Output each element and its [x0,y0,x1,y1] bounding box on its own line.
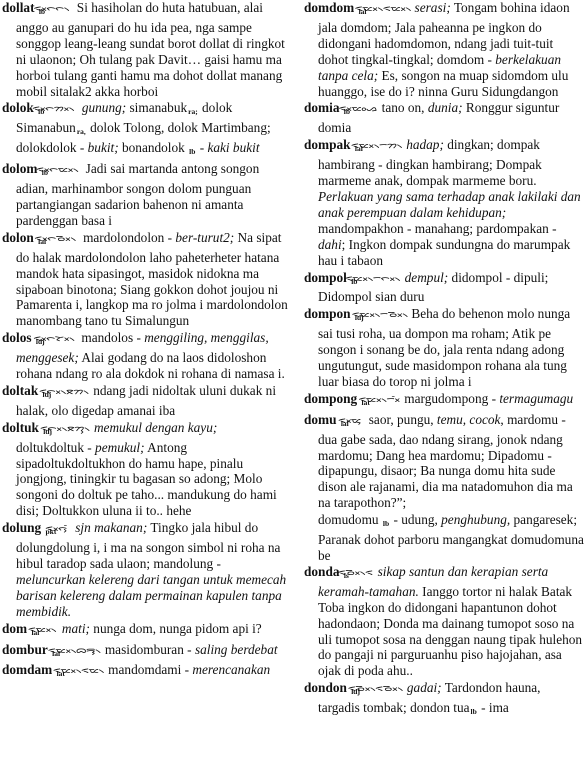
gloss-text: mati; [62,621,90,636]
batak-script: ᯑᯬᯔ᯲ᯇᯬᯉ᯲ [362,308,413,324]
language-tag: ra; [187,107,199,116]
definition-text: mandomdami - [108,662,192,677]
batak-script: ᯑᯬᯞ᯲ᯖᯮᯂ᯲ [51,422,96,438]
definition-text: mardolondolon - [83,230,175,245]
dictionary-entry: dolos ldjᯑᯬᯞᯬᯘ᯲mandolos - menggiling, me… [2,330,288,382]
definition-text: doltukdoltuk - [16,440,95,455]
definition-text: masidomburan - [105,642,195,657]
definition-text: tano on, [382,100,428,115]
batak-script: ᯑᯬᯔ᯲ᯑᯬᯔ᯲ [365,2,417,18]
gloss-text: penghubung, [441,512,510,527]
gloss-text: termagumagu [499,391,573,406]
gloss-text: meluncurkan kelereng dari tangan untuk m… [16,572,286,619]
dictionary-entry: domdom lalᯑᯬᯔ᯲ᯑᯬᯔ᯲serasi; Tongam bohina … [304,0,585,99]
definition-text: ; Ingkon dompak sundungna do marumpak ha… [318,237,570,268]
definition-text: - ima [478,700,509,715]
headword: dolok [2,100,34,115]
headword: doltuk [2,420,39,435]
headword: dompak [304,137,351,152]
dictionary-entry: domia lbᯑᯬᯔᯪᯀtano on, dunia; Ronggur sig… [304,100,585,136]
dictionary-entry: doltuk ldjᯑᯬᯞ᯲ᯖᯮᯂ᯲memukul dengan kayu; d… [2,420,288,519]
gloss-text: dunia; [428,100,463,115]
dictionary-entry: dolon lalᯑᯬᯞᯬᯉ᯲mardolondolon - ber-turut… [2,230,288,329]
dictionary-entry: doltak ldjᯑᯬᯞ᯲ᯖᯂ᯲ndang jadi nidoltak ulu… [2,383,288,419]
dictionary-entry: domdam latᯑᯬᯔ᯲ᯑᯔ᯲mandomdami - merencanak… [2,662,288,682]
language-tag: ra, [76,127,87,136]
dictionary-entry: dollat lbᯑᯬᯞᯞ᯲Si hasiholan do huta hatub… [2,0,288,99]
dictionary-entry: dolok lbᯑᯬᯞᯬᯂ᯲gunung; simanabukra; dolok… [2,100,288,160]
headword: dom [2,621,27,636]
gloss-text: gadai; [407,680,442,695]
definition-text: mandolos - [81,330,144,345]
headword: domu [304,412,337,427]
headword: dolos [2,330,32,345]
batak-script: ᯑᯬᯔ᯲ᯇᯂ᯲ [362,139,409,155]
headword: dondon [304,680,347,695]
batak-script: ᯑᯬᯉ᯲ᯑ [348,566,379,582]
language-tag: lb [382,519,390,528]
batak-script: ᯑᯬᯞᯬᯔ᯲ [47,163,87,179]
headword: donda [304,564,339,579]
definition-text: mandompakhon - manahang; pardompakan - [318,221,557,236]
headword: dompong [304,391,357,406]
definition-text: - [196,140,207,155]
headword: doltak [2,383,38,398]
batak-script: ᯑᯬᯔ᯲ᯑᯔ᯲ [64,664,110,680]
headword: dombur [2,642,48,657]
batak-script: ᯑᯬᯔ᯲ᯇᯬᯞ᯲ [356,272,407,288]
headword: domia [304,100,339,115]
dictionary-entry: dom lalᯑᯬᯔ᯲mati; nunga dom, nunga pidom … [2,621,288,641]
right-column: domdom lalᯑᯬᯔ᯲ᯑᯬᯔ᯲serasi; Tongam bohina … [304,0,585,721]
batak-script: ᯑᯬᯞ᯲ᯖᯂ᯲ [50,385,95,401]
headword: domdam [2,662,52,677]
batak-script: ᯑᯬᯞᯬᯘ᯲ [44,332,83,348]
dictionary-page: dollat lbᯑᯬᯞᯞ᯲Si hasiholan do huta hatub… [0,0,585,768]
gloss-text: temu, cocok [437,412,501,427]
dictionary-entry: domu lalᯑᯬᯔᯮsaor, pungu, temu, cocok, ma… [304,412,585,511]
dictionary-entry: dompong latᯑᯬᯔ᯲ᯇᯬᯰmargudompong - termagu… [304,391,585,411]
dictionary-entry: dompak lalᯑᯬᯔ᯲ᯇᯂ᯲hadap; dingkan; dompak … [304,137,585,268]
batak-script: ᯑᯬᯞᯬᯉ᯲ [45,232,85,248]
gloss-text: ber-turut2; [175,230,234,245]
definition-text: simanabuk [126,100,187,115]
dictionary-entry: dompol lbᯑᯬᯔ᯲ᯇᯬᯞ᯲dempul; didompol - dipu… [304,270,585,306]
gloss-text: pemukul; [95,440,144,455]
gloss-text: kaki bukit [207,140,259,155]
dictionary-entry: donda lsᯑᯬᯉ᯲ᯑsikap santun dan kerapian s… [304,564,585,679]
headword: dompol [304,270,347,285]
batak-script: ᯑᯬᯞᯮᯰ [56,522,76,538]
dictionary-entry: dolom lbᯑᯬᯞᯬᯔ᯲Jadi sai martanda antong s… [2,161,288,229]
definition-text: bonandolok [119,140,188,155]
headword: dollat [2,0,35,15]
dictionary-entry: dolung pktᯑᯬᯞᯮᯰsjn makanan; Tingko jala … [2,520,288,619]
gloss-text: dahi [318,237,342,252]
left-column: dollat lbᯑᯬᯞᯞ᯲Si hasiholan do huta hatub… [2,0,288,683]
headword: domdom [304,0,354,15]
batak-script: ᯑᯬᯔᯮ [349,414,370,430]
gloss-text: memukul dengan kayu; [94,420,217,435]
gloss-text: dempul; [405,270,449,285]
language-tag: lb [470,707,478,716]
batak-script: ᯑᯬᯉ᯲ᯑᯬᯉ᯲ [359,682,409,698]
gloss-text: bukit; [88,140,119,155]
definition-text: nunga dom, nunga pidom api i? [90,621,262,636]
headword: dolung [2,520,41,535]
gloss-text: sjn makanan; [75,520,147,535]
batak-script: ᯑᯬᯞᯞ᯲ [45,2,79,18]
definition-text: domudomu [318,512,382,527]
gloss-text: serasi; [415,0,451,15]
headword: dolom [2,161,37,176]
dictionary-entry: dondon ldjᯑᯬᯉ᯲ᯑᯬᯉ᯲gadai; Tardondon hauna… [304,680,585,720]
sub-entry: domudomu lb - udung, penghubung, pangare… [304,512,585,564]
gloss-text: Perlakuan yang sama terhadap anak lakila… [318,189,581,220]
definition-text: saor, pungu, [369,412,437,427]
gloss-text: merencanakan [192,662,270,677]
gloss-text: saling berdebat [195,642,278,657]
headword: dompon [304,306,351,321]
batak-script: ᯑᯬᯔ᯲ᯅᯮᯒ᯲ [59,644,107,660]
gloss-text: gunung; [82,100,126,115]
batak-script: ᯑᯬᯞᯬᯂ᯲ [44,102,84,118]
headword: dolon [2,230,34,245]
batak-script: ᯑᯬᯔ᯲ [39,623,63,639]
definition-text: - udung, [390,512,441,527]
batak-script: ᯑᯬᯔ᯲ᯇᯬᯰ [369,393,406,409]
dictionary-entry: dompon ldjᯑᯬᯔ᯲ᯇᯬᯉ᯲Beha do behenon molo n… [304,306,585,390]
dictionary-entry: dombur lalᯑᯬᯔ᯲ᯅᯮᯒ᯲masidomburan - saling … [2,642,288,662]
batak-script: ᯑᯬᯔᯪᯀ [350,102,384,118]
gloss-text: hadap; [406,137,444,152]
definition-text: margudompong - [404,391,499,406]
